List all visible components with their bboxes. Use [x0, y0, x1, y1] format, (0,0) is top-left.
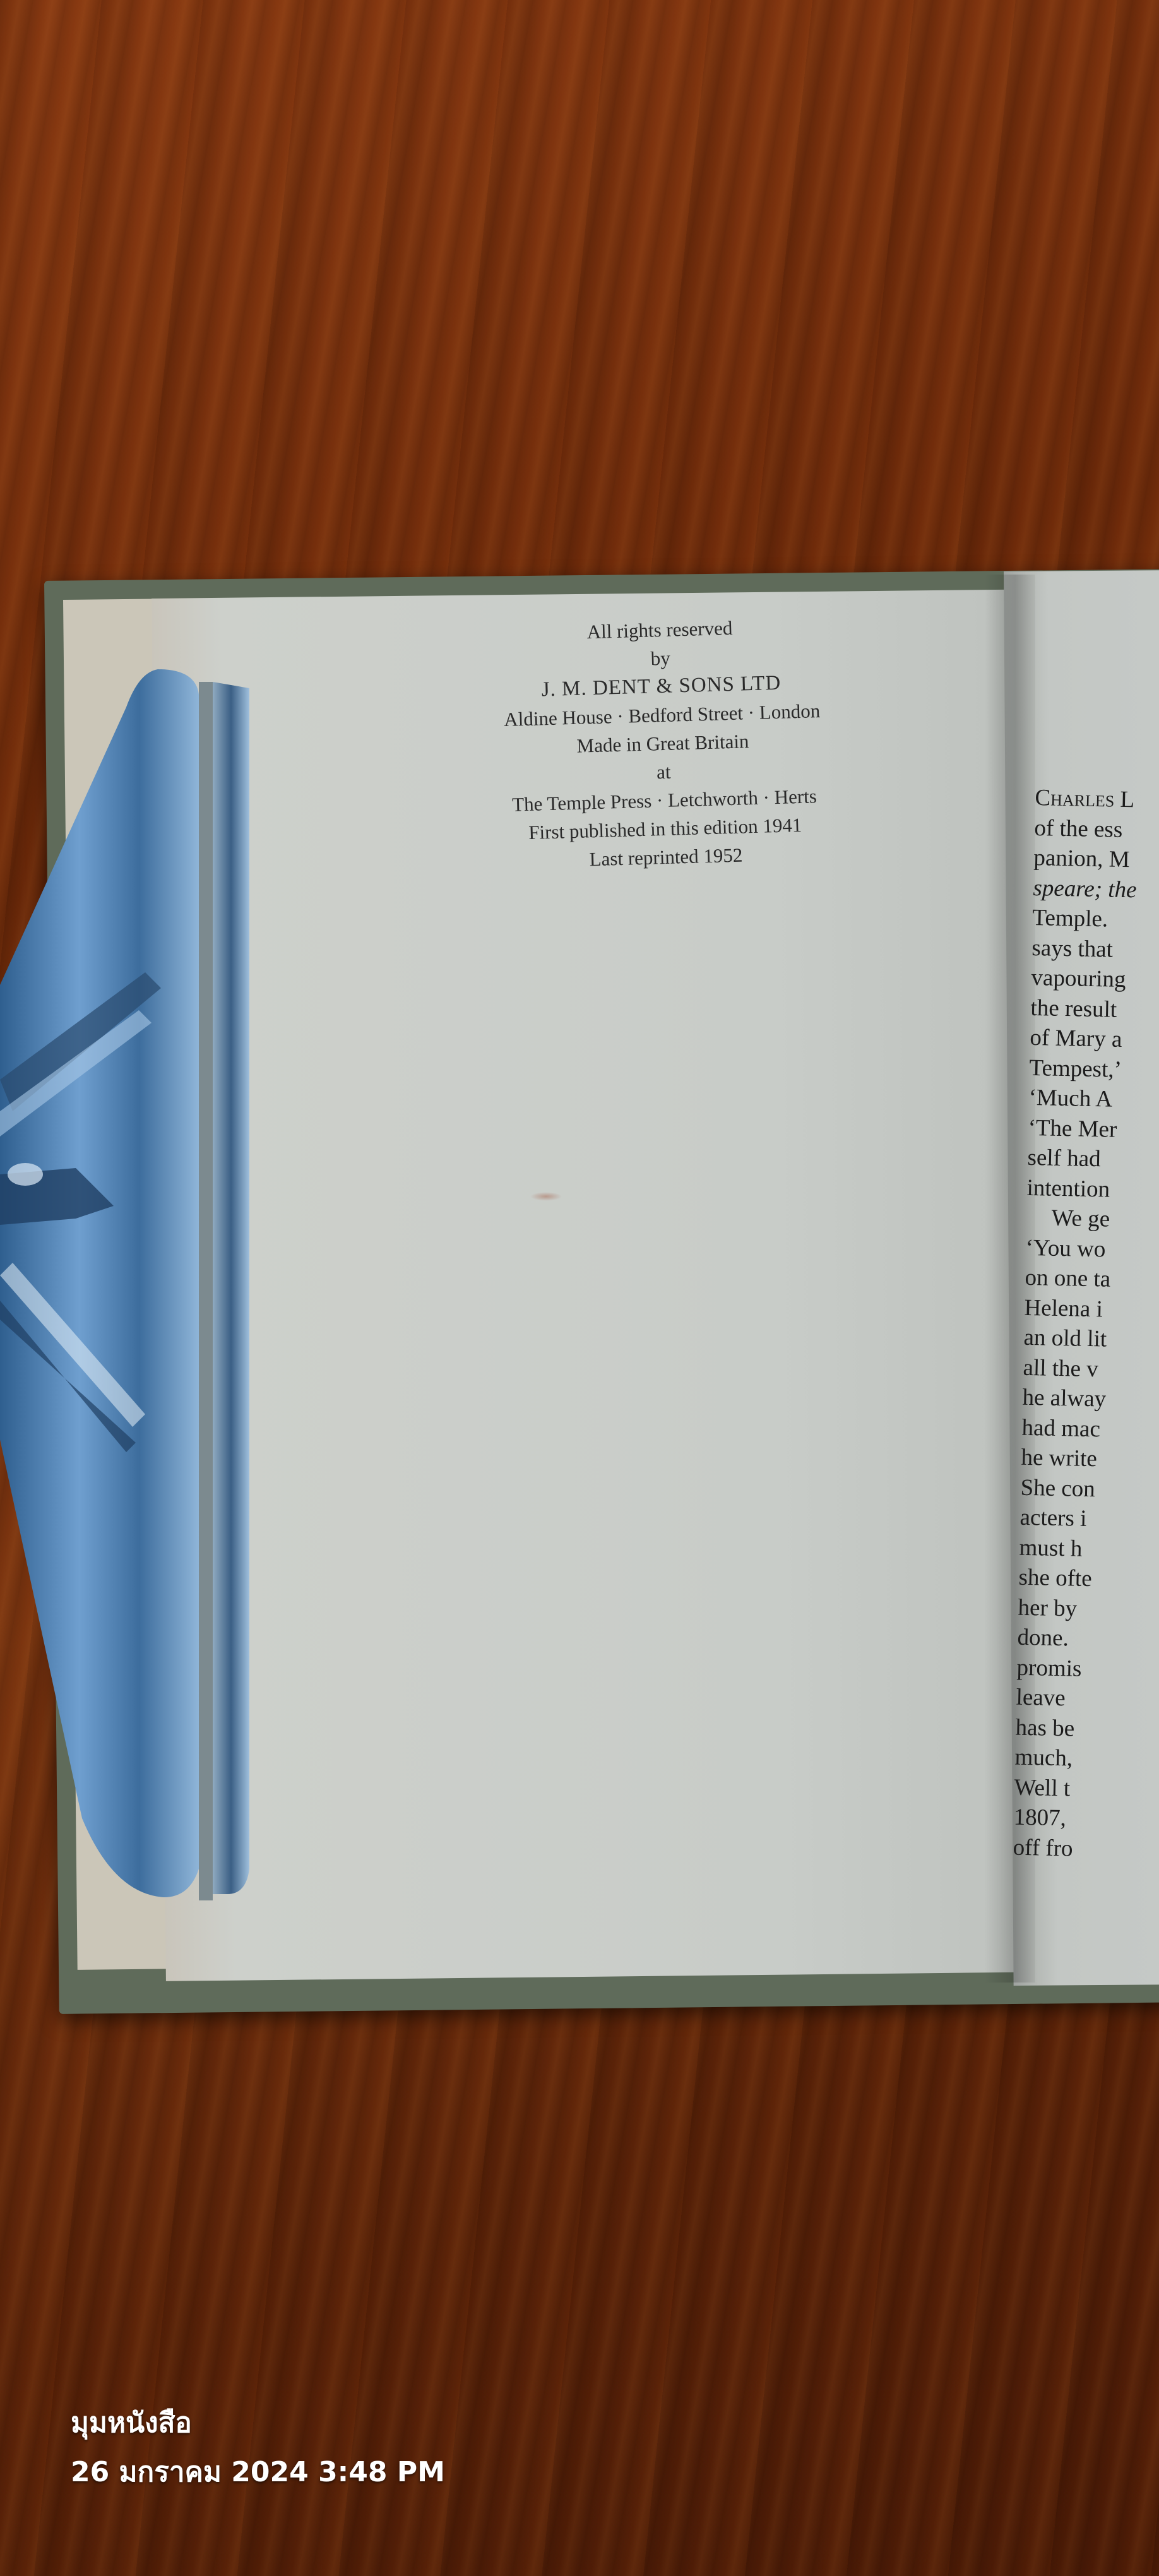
text-line: has be	[1015, 1712, 1159, 1746]
text-line: must h	[1019, 1532, 1159, 1566]
text-line: leave	[1016, 1683, 1159, 1716]
text-line: ‘You wo	[1025, 1232, 1159, 1266]
text-line: done.	[1017, 1623, 1159, 1656]
text-line: he alway	[1022, 1383, 1159, 1416]
text-line: off fro	[1013, 1832, 1159, 1866]
text-line: vapouring	[1031, 963, 1159, 996]
text-line: Helena i	[1024, 1292, 1159, 1326]
text-line: Tempest,’	[1029, 1052, 1159, 1086]
text-line: panion, M	[1033, 843, 1159, 876]
text-line: she ofte	[1018, 1563, 1159, 1596]
text-line: had mac	[1021, 1412, 1159, 1446]
text-line: We ge	[1026, 1203, 1159, 1236]
copyright-imprint: All rights reserved by J. M. DENT & SONS…	[438, 609, 887, 877]
text-line: acters i	[1019, 1503, 1159, 1536]
right-page-text: Charles L of the ess panion, M speare; t…	[1013, 783, 1159, 1866]
text-line: Charles L	[1035, 783, 1159, 816]
text-line: says that	[1031, 933, 1159, 966]
text-line: Temple.	[1032, 903, 1159, 936]
text-line: he write	[1021, 1443, 1159, 1476]
text-line: promis	[1016, 1652, 1159, 1686]
text-line: ‘Much A	[1028, 1083, 1159, 1116]
text-line: intention	[1026, 1172, 1159, 1206]
photo-watermark: มุมหนังสือ 26 มกราคม 2024 3:48 PM	[71, 2404, 445, 2491]
text-line: She con	[1020, 1472, 1159, 1506]
text-line: 1807,	[1013, 1803, 1159, 1836]
text-line: her by	[1018, 1592, 1159, 1626]
watermark-datetime: 26 มกราคม 2024 3:48 PM	[71, 2454, 445, 2491]
text-line: ‘The Mer	[1028, 1112, 1159, 1146]
text-line: Well t	[1014, 1772, 1159, 1806]
text-line: the result	[1030, 993, 1159, 1026]
text-line: speare; the	[1033, 873, 1159, 906]
text-line: an old lit	[1023, 1323, 1159, 1356]
watermark-title: มุมหนังสือ	[71, 2404, 445, 2442]
text-line: of the ess	[1034, 813, 1159, 846]
text-line: all the v	[1023, 1352, 1159, 1386]
text-line: much,	[1014, 1743, 1159, 1776]
page-stain	[530, 1192, 562, 1201]
text-line: of Mary a	[1030, 1023, 1159, 1056]
metal-page-clip-icon	[0, 669, 265, 1932]
text-line: self had	[1027, 1143, 1159, 1176]
text-line: on one ta	[1025, 1263, 1159, 1296]
